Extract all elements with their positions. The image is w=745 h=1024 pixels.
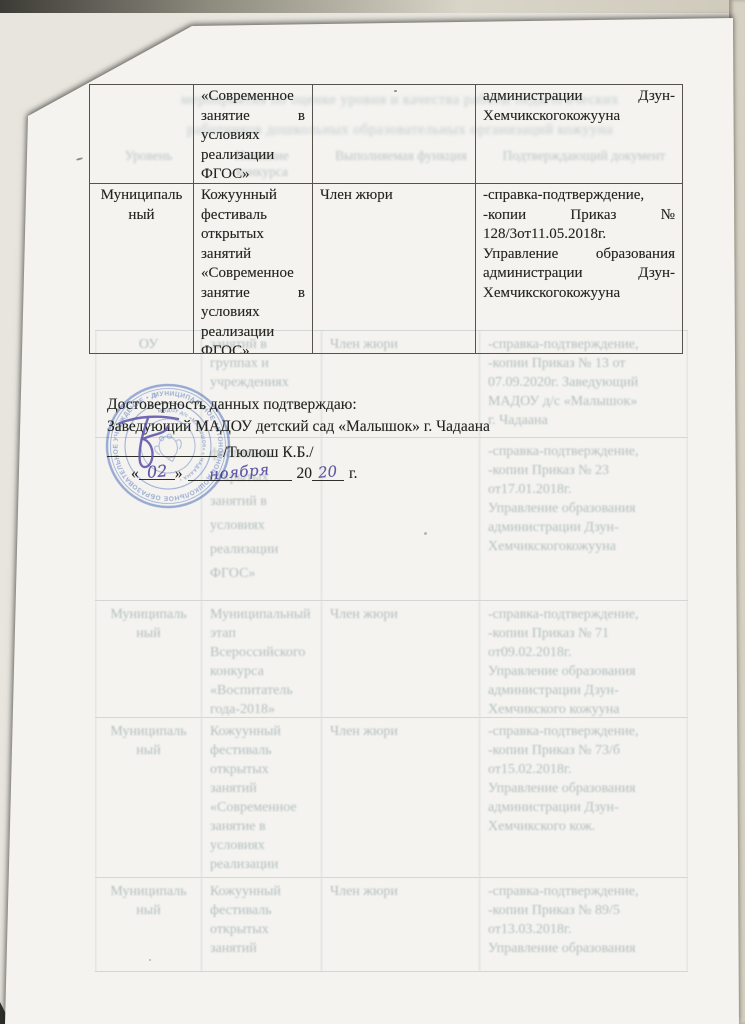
- ghost-cell: Член жюри: [322, 878, 480, 971]
- table-row: «Современное занятие в условиях реализац…: [89, 85, 683, 184]
- table-cell-contest: «Современное занятие в условиях реализац…: [194, 85, 313, 183]
- ghost-cell: Член жюри: [322, 601, 480, 717]
- ghost-cell: Кожуунный фестиваль открытых занятий: [202, 878, 322, 971]
- table-cell-level: Муниципальный: [89, 184, 194, 353]
- scan-speck: [424, 532, 427, 535]
- ghost-table-row: Муниципаль ный Кожуунный фестиваль откры…: [95, 717, 688, 877]
- year-prefix: 20: [297, 465, 313, 482]
- table-cell-contest: Кожуунный фестиваль открытых занятий «Со…: [194, 184, 313, 353]
- year-blank: 20: [312, 464, 344, 481]
- ghost-cell: -справка-подтверждение, -копии Приказ № …: [480, 718, 688, 877]
- table-row: Муниципальный Кожуунный фестиваль открыт…: [89, 184, 683, 353]
- ghost-cell: -справка-подтверждение, -копии Приказ № …: [480, 878, 688, 971]
- handwritten-signature: [102, 410, 232, 476]
- achievements-table: «Современное занятие в условиях реализац…: [89, 84, 683, 354]
- ghost-cell: Член жюри: [322, 718, 480, 877]
- table-cell-document: администрации Дзун-Хемчикскогокожууна: [476, 85, 683, 183]
- table-cell-document: -справка-подтверждение, -копии Приказ № …: [476, 184, 683, 353]
- page-shadow: мероприятия по оценке уровня и качества …: [0, 0, 745, 1024]
- table-cell-role: Член жюри: [313, 184, 476, 353]
- signature-stroke: [120, 417, 178, 467]
- ghost-cell: Муниципальный этап Всероссийского конкур…: [202, 601, 322, 717]
- ghost-cell: -справка-подтверждение, -копии Приказ № …: [480, 438, 688, 600]
- table-cell-role: [313, 85, 476, 183]
- scan-speck: [149, 959, 151, 961]
- ghost-cell: -справка-подтверждение, -копии Приказ № …: [480, 601, 688, 717]
- scanned-document: мероприятия по оценке уровня и качества …: [0, 0, 745, 1024]
- ghost-cell: Муниципаль ный: [95, 718, 202, 877]
- year-suffix: г.: [349, 465, 357, 482]
- document-page: мероприятия по оценке уровня и качества …: [0, 0, 745, 1024]
- ghost-table-row: Муниципаль ный Муниципальный этап Всерос…: [95, 600, 688, 717]
- table-cell-level: [89, 85, 194, 183]
- ghost-table-row: Муниципаль ный Кожуунный фестиваль откры…: [95, 877, 688, 972]
- ghost-cell: Муниципаль ный: [95, 878, 202, 971]
- handwritten-year: 20: [318, 462, 339, 482]
- scan-speck: [394, 90, 397, 92]
- ghost-cell: Кожуунный фестиваль открытых занятий «Со…: [202, 718, 322, 877]
- ghost-cell: Муниципаль ный: [95, 601, 202, 717]
